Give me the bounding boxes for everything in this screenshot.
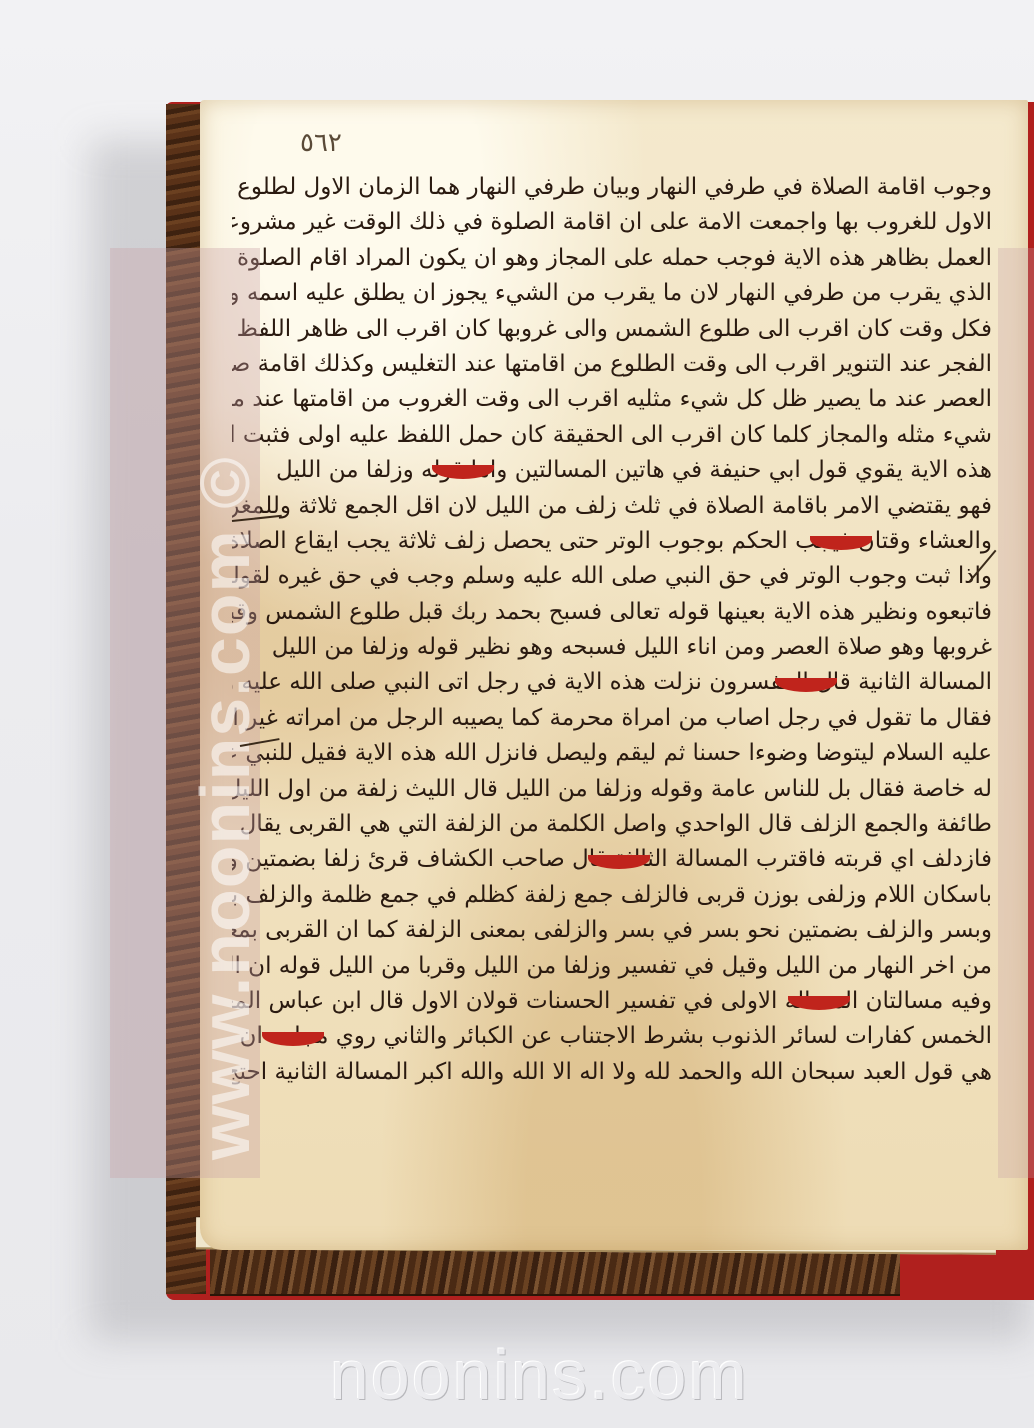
manuscript-line: العصر عند ما يصير ظل كل شيء مثليه اقرب ا… [232,382,992,417]
manuscript-line: فقال ما تقول في رجل اصاب من امراة محرمة … [232,701,992,736]
manuscript-line: فهو يقتضي الامر باقامة الصلاة في ثلث زلف… [232,489,992,524]
watermark-vertical-text: www.noonins.com © [185,456,265,1160]
manuscript-line: الذي يقرب من طرفي النهار لان ما يقرب من … [232,276,992,311]
manuscript-line: هي قول العبد سبحان الله والحمد لله ولا ا… [232,1055,992,1090]
manuscript-line: فاتبعوه ونظير هذه الاية بعينها قوله تعال… [232,595,992,630]
book-cover-marbled-edge [210,1248,900,1296]
manuscript-line: الاول للغروب بها واجمعت الامة على ان اقا… [232,205,992,240]
manuscript-line: فكل وقت كان اقرب الى طلوع الشمس والى غرو… [232,312,992,347]
manuscript-line: الفجر عند التنوير اقرب الى وقت الطلوع من… [232,347,992,382]
manuscript-line: وجوب اقامة الصلاة في طرفي النهار وبيان ط… [232,170,992,205]
manuscript-line: المسالة الثانية قال المفسرون نزلت هذه ال… [232,665,992,700]
manuscript-line: طائفة والجمع الزلف قال الواحدي واصل الكل… [232,807,992,842]
watermark-bottom-text: noonins.com [330,1335,749,1415]
manuscript-line: وبسر والزلف بضمتين نحو بسر في بسر والزلف… [232,913,992,948]
manuscript-line: له خاصة فقال بل للناس عامة وقوله وزلفا م… [232,772,992,807]
manuscript-line: واذا ثبت وجوب الوتر في حق النبي صلى الله… [232,559,992,594]
page-number: ٥٦٢ [300,128,342,158]
manuscript-line: غروبها وهو صلاة العصر ومن اناء الليل فسب… [232,630,992,665]
watermark-right-band [998,248,1034,1178]
manuscript-line: والعشاء وقتان فيجب الحكم بوجوب الوتر حتى… [232,524,992,559]
manuscript-line: العمل بظاهر هذه الاية فوجب حمله على المج… [232,241,992,276]
manuscript-line: من اخر النهار من الليل وقيل في تفسير وزل… [232,949,992,984]
manuscript-line: عليه السلام ليتوضا وضوءا حسنا ثم ليقم ول… [232,736,992,771]
manuscript-line: باسكان اللام وزلفى بوزن قربى فالزلف جمع … [232,878,992,913]
manuscript-text-block: وجوب اقامة الصلاة في طرفي النهار وبيان ط… [232,170,992,1090]
manuscript-line: الخمس كفارات لسائر الذنوب بشرط الاجتناب … [232,1019,992,1054]
manuscript-line: وفيه مسالتان المسالة الاولى في تفسير الح… [232,984,992,1019]
manuscript-line: هذه الاية يقوي قول ابي حنيفة في هاتين ال… [232,453,992,488]
manuscript-line: شيء مثله والمجاز كلما كان اقرب الى الحقي… [232,418,992,453]
